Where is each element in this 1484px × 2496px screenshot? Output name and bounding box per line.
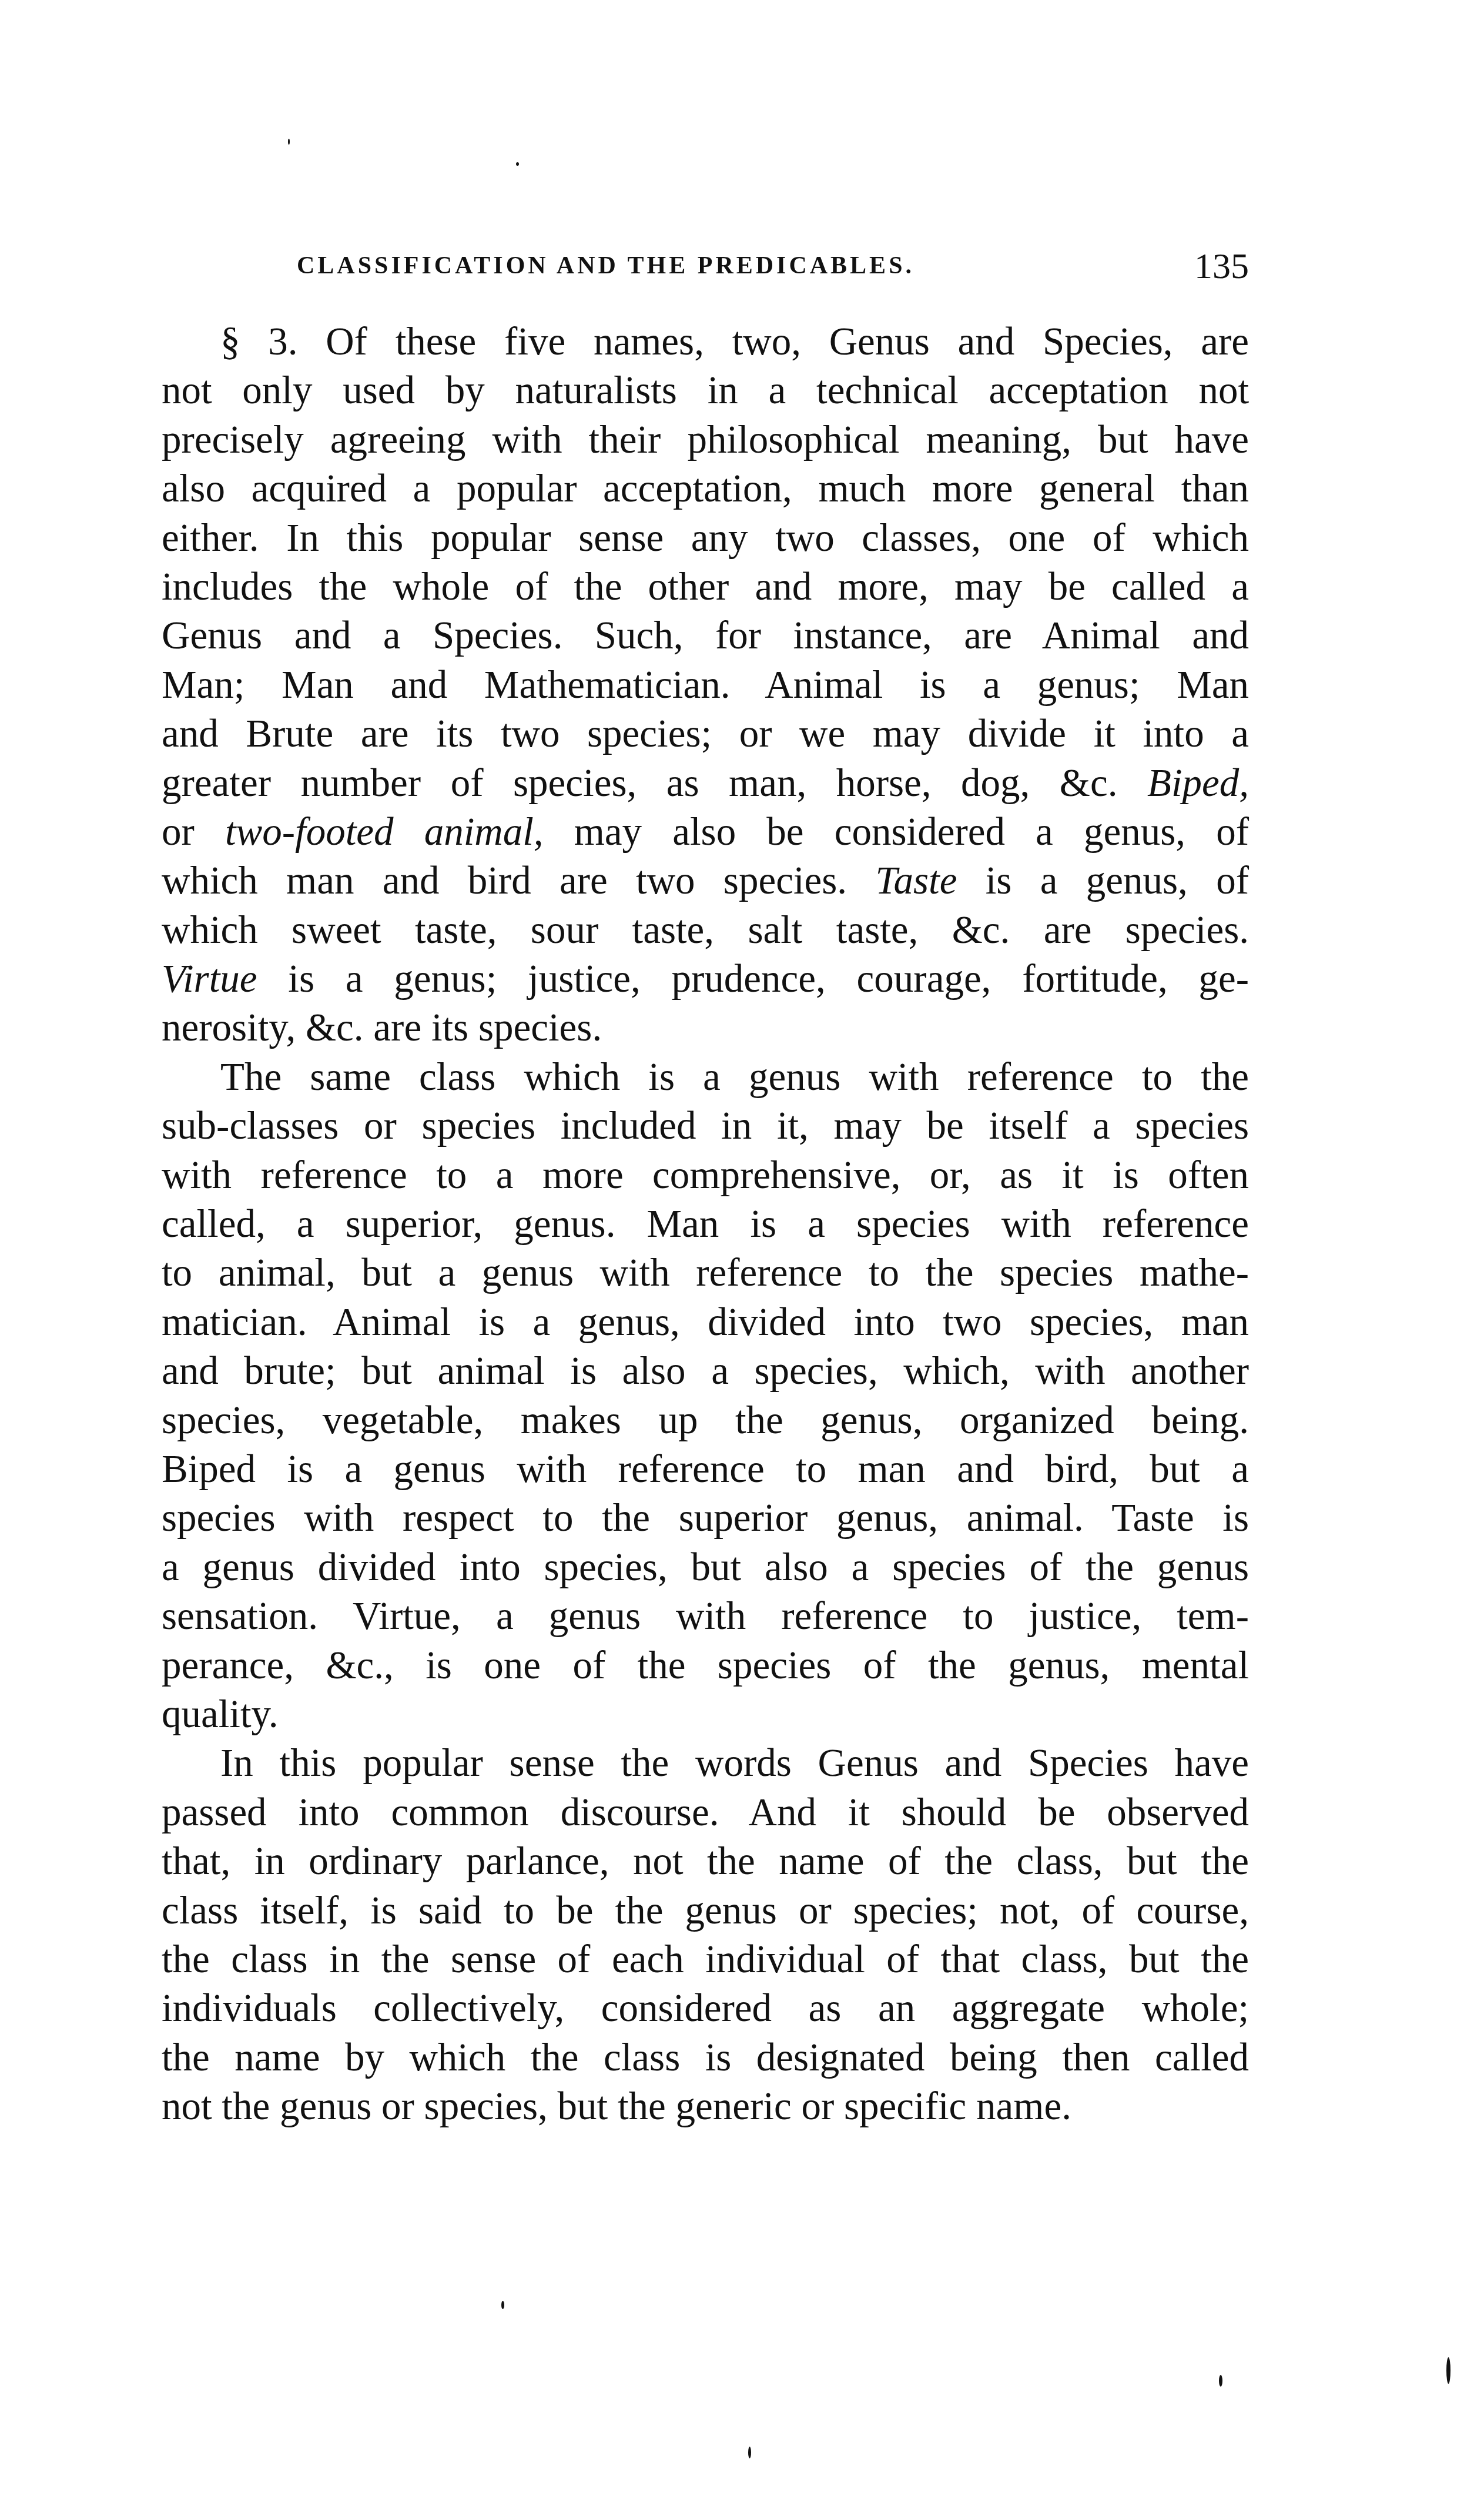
italic-term: two-footed animal, (225, 810, 544, 854)
text-run: or (162, 810, 225, 854)
text-line: and Brute are its two species; or we may… (162, 710, 1249, 758)
text-line: called, a superior, genus. Man is a spec… (162, 1200, 1249, 1249)
text-line: either. In this popular sense any two cl… (162, 514, 1249, 563)
scan-speck (1219, 2375, 1222, 2387)
text-line: also acquired a popular acceptation, muc… (162, 464, 1249, 513)
text-line: In this popular sense the words Genus an… (162, 1739, 1249, 1788)
text-line: which sweet taste, sour taste, salt tast… (162, 906, 1249, 955)
text-line: perance, &c., is one of the species of t… (162, 1641, 1249, 1690)
text-line: individuals collectively, considered as … (162, 1984, 1249, 2033)
text-line: sub-classes or species included in it, m… (162, 1102, 1249, 1150)
italic-term: Taste (875, 859, 957, 902)
text-line: matician. Animal is a genus, divided int… (162, 1298, 1249, 1347)
text-line: not the genus or species, but the generi… (162, 2082, 1249, 2131)
text-line: quality. (162, 1690, 1249, 1739)
text-line: that, in ordinary parlance, not the name… (162, 1837, 1249, 1886)
scan-speck (516, 162, 519, 166)
text-line: or two-footed animal, may also be consid… (162, 808, 1249, 856)
paragraph-section-3: § 3. Of these five names, two, Genus and… (162, 317, 1249, 1053)
running-title: Classification and the Predicables. (297, 252, 914, 280)
running-head: Classification and the Predicables. 135 (297, 246, 1249, 287)
text-run: may also be considered a genus, of (544, 810, 1249, 854)
book-page: Classification and the Predicables. 135 … (0, 0, 1484, 2496)
scan-speck (1446, 2357, 1450, 2384)
text-line: passed into common discourse. And it sho… (162, 1788, 1249, 1837)
italic-term: Virtue (162, 957, 257, 1001)
text-line: includes the whole of the other and more… (162, 563, 1249, 611)
text-line: with reference to a more comprehensive, … (162, 1151, 1249, 1200)
text-line: the class in the sense of each individua… (162, 1935, 1249, 1984)
text-line: to animal, but a genus with reference to… (162, 1249, 1249, 1297)
text-line: the name by which the class is designate… (162, 2033, 1249, 2082)
text-line: class itself, is said to be the genus or… (162, 1886, 1249, 1935)
text-line: species, vegetable, makes up the genus, … (162, 1396, 1249, 1445)
scan-speck (288, 139, 290, 145)
text-line: which man and bird are two species. Tast… (162, 856, 1249, 905)
paragraph-genus-species-relativity: The same class which is a genus with ref… (162, 1053, 1249, 1739)
text-line: Biped is a genus with reference to man a… (162, 1445, 1249, 1494)
scan-speck (501, 2301, 504, 2309)
page-number: 135 (1194, 246, 1249, 287)
text-line: Virtue is a genus; justice, prudence, co… (162, 955, 1249, 1003)
text-line: a genus divided into species, but also a… (162, 1543, 1249, 1592)
text-run: greater number of species, as man, horse… (162, 761, 1147, 805)
body-text: § 3. Of these five names, two, Genus and… (162, 317, 1249, 2131)
text-line: greater number of species, as man, horse… (162, 759, 1249, 808)
text-line: sensation. Virtue, a genus with referenc… (162, 1592, 1249, 1641)
text-run: is a genus; justice, prudence, courage, … (257, 957, 1249, 1001)
italic-term: Biped, (1147, 761, 1249, 805)
text-line: not only used by naturalists in a techni… (162, 366, 1249, 415)
text-run: is a genus, of (957, 859, 1249, 902)
text-line: precisely agreeing with their philosophi… (162, 416, 1249, 464)
paragraph-popular-sense: In this popular sense the words Genus an… (162, 1739, 1249, 2131)
text-line: Man; Man and Mathematician. Animal is a … (162, 661, 1249, 710)
text-line: § 3. Of these five names, two, Genus and… (162, 317, 1249, 366)
scan-speck (748, 2447, 751, 2458)
text-line: and brute; but animal is also a species,… (162, 1347, 1249, 1396)
text-line: species with respect to the superior gen… (162, 1494, 1249, 1543)
text-line: Genus and a Species. Such, for instance,… (162, 611, 1249, 660)
text-line: nerosity, &c. are its species. (162, 1003, 1249, 1052)
text-line: The same class which is a genus with ref… (162, 1053, 1249, 1102)
text-run: which man and bird are two species. (162, 859, 875, 902)
